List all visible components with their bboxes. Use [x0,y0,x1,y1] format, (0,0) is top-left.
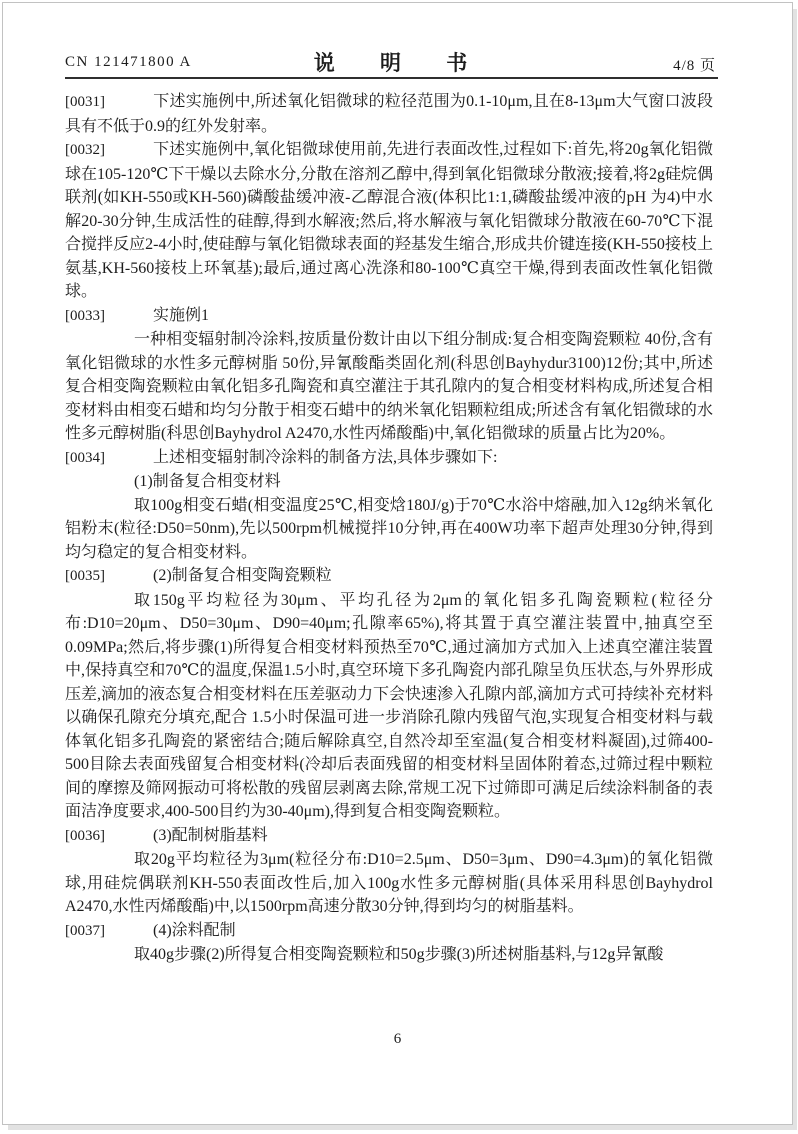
paragraph-text: 下述实施例中,氧化铝微球使用前,先进行表面改性,过程如下:首先,将20g氧化铝微… [65,141,713,300]
document-title: 说 明 书 [294,47,488,77]
paragraph-number: [0037] [65,920,153,944]
paragraph-number: [0035] [65,565,153,589]
paragraph-text: (1)制备复合相变材料 [134,473,281,490]
paragraph: [0034]上述相变辐射制冷涂料的制备方法,具体步骤如下: [65,446,713,471]
paragraph-number: [0034] [65,447,153,471]
page-indicator: 4/8 页 [673,54,716,75]
paragraph: [0032]下述实施例中,氧化铝微球使用前,先进行表面改性,过程如下:首先,将2… [65,138,713,304]
paragraph: 取40g步骤(2)所得复合相变陶瓷颗粒和50g步骤(3)所述树脂基料,与12g异… [65,943,713,967]
paragraph: 取20g平均粒径为3μm(粒径分布:D10=2.5μm、D50=3μm、D90=… [65,848,713,919]
document-number: CN 121471800 A [65,54,192,71]
paragraph-number: [0036] [65,825,153,849]
header-rule [65,77,718,79]
document-body: [0031]下述实施例中,所述氧化铝微球的粒径范围为0.1-10μm,且在8-1… [65,90,713,967]
paragraph-text: 下述实施例中,所述氧化铝微球的粒径范围为0.1-10μm,且在8-13μm大气窗… [65,93,713,135]
paragraph-text: (2)制备复合相变陶瓷颗粒 [153,567,332,584]
paragraph-text: (4)涂料配制 [153,922,236,939]
paragraph-number: [0033] [65,305,153,329]
paragraph: [0033]实施例1 [65,304,713,329]
paragraph-text: 一种相变辐射制冷涂料,按质量份数计由以下组分制成:复合相变陶瓷颗粒 40份,含有… [65,331,713,442]
paragraph-text: 取100g相变石蜡(相变温度25℃,相变焓180J/g)于70℃水浴中熔融,加入… [65,497,713,561]
paragraph-text: (3)配制树脂基料 [153,827,268,844]
paragraph: [0031]下述实施例中,所述氧化铝微球的粒径范围为0.1-10μm,且在8-1… [65,90,713,138]
paragraph-text: 实施例1 [153,307,209,324]
paragraph-number: [0031] [65,91,153,115]
paragraph: (1)制备复合相变材料 [65,470,713,494]
page-footer: 6 [3,1031,792,1048]
paragraph: 取100g相变石蜡(相变温度25℃,相变焓180J/g)于70℃水浴中熔融,加入… [65,494,713,565]
paragraph: 取150g平均粒径为30μm、平均孔径为2μm的氧化铝多孔陶瓷颗粒(粒径分布:D… [65,589,713,824]
paragraph-text: 取20g平均粒径为3μm(粒径分布:D10=2.5μm、D50=3μm、D90=… [65,851,713,915]
paragraph: [0036](3)配制树脂基料 [65,824,713,849]
paragraph: [0035](2)制备复合相变陶瓷颗粒 [65,564,713,589]
paragraph: [0037](4)涂料配制 [65,919,713,944]
patent-document-page: CN 121471800 A 说 明 书 4/8 页 [0031]下述实施例中,… [2,2,793,1125]
paragraph-number: [0032] [65,139,153,163]
paragraph-text: 上述相变辐射制冷涂料的制备方法,具体步骤如下: [153,449,497,466]
page-header: CN 121471800 A 说 明 书 4/8 页 [65,47,716,75]
paragraph-text: 取150g平均粒径为30μm、平均孔径为2μm的氧化铝多孔陶瓷颗粒(粒径分布:D… [65,592,713,821]
page-number: 6 [394,1031,402,1047]
paragraph-text: 取40g步骤(2)所得复合相变陶瓷颗粒和50g步骤(3)所述树脂基料,与12g异… [134,946,663,963]
paragraph: 一种相变辐射制冷涂料,按质量份数计由以下组分制成:复合相变陶瓷颗粒 40份,含有… [65,328,713,446]
